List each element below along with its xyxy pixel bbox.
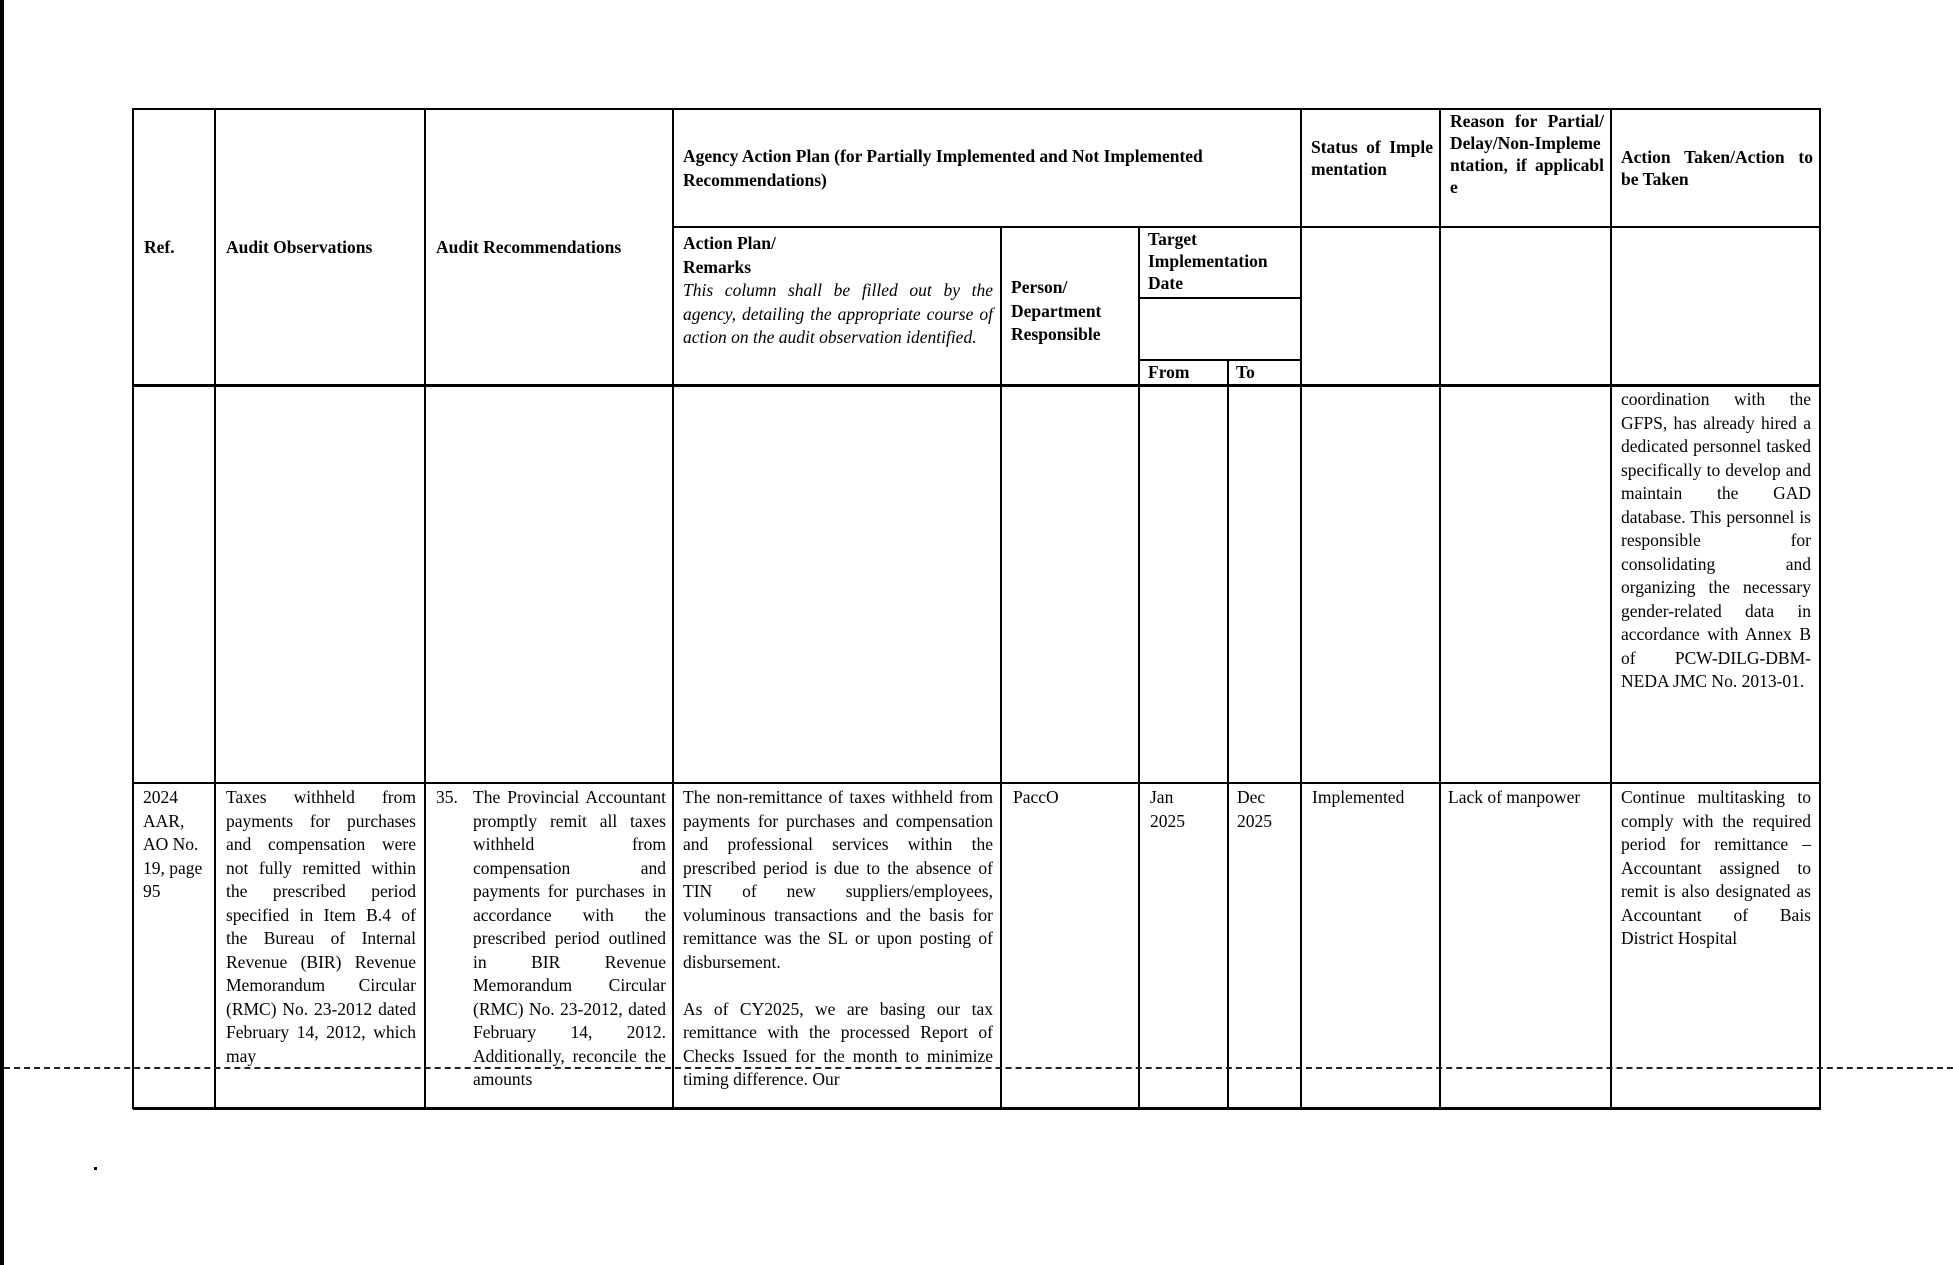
header-status-text: Status of Implementation: [1311, 137, 1433, 179]
page-break-line: [4, 1067, 1953, 1069]
col-line-4: [1000, 226, 1002, 1109]
header-audit-recommendations: Audit Recommendations: [436, 236, 668, 260]
table-border-bottom: [133, 1107, 1821, 1110]
row2-audit-observation: Taxes withheld from payments for purchas…: [226, 786, 416, 1068]
header-reason: Reason for Partial/Delay/Non-Implementat…: [1450, 110, 1604, 198]
row2-reason: Lack of manpower: [1448, 786, 1610, 810]
row2-person-responsible: PaccO: [1013, 786, 1133, 810]
header-agency-action-plan: Agency Action Plan (for Partially Implem…: [683, 145, 1293, 192]
row2-recommendation-text: The Provincial Accountant promptly remit…: [473, 786, 666, 1092]
col-line-9: [1610, 108, 1612, 1109]
header-person-responsible: Person/ Department Responsible: [1011, 276, 1133, 347]
row2-from: Jan 2025: [1150, 786, 1210, 833]
row2-audit-recommendation: 35. The Provincial Accountant promptly r…: [436, 786, 666, 1092]
row-divider: [133, 782, 1821, 784]
table-border-right: [1819, 108, 1821, 1109]
header-from: From: [1148, 361, 1223, 385]
row2-action-plan: The non-remittance of taxes withheld fro…: [683, 786, 993, 1092]
row2-action-taken: Continue multitasking to comply with the…: [1621, 786, 1811, 951]
row2-to: Dec 2025: [1237, 786, 1295, 833]
col-line-3: [672, 108, 674, 1109]
col-line-6: [1227, 359, 1229, 1109]
header-action-plan-note: This column shall be filled out by the a…: [683, 279, 993, 350]
header-bottom-line: [133, 384, 1821, 387]
header-audit-observations: Audit Observations: [226, 236, 418, 260]
header-to: To: [1236, 361, 1296, 385]
row2-recommendation-number: 35.: [436, 786, 458, 810]
row1-action-taken: coordination with the GFPS, has already …: [1621, 388, 1811, 694]
row2-status: Implemented: [1312, 786, 1436, 810]
col-line-7: [1300, 108, 1302, 1109]
row2-ref: 2024 AAR, AO No. 19, page 95: [143, 786, 209, 904]
header-ref: Ref.: [144, 236, 210, 260]
row2-action-plan-p1: The non-remittance of taxes withheld fro…: [683, 786, 993, 974]
header-status: Status of Implementation: [1311, 136, 1433, 180]
header-action-plan-line2: Remarks: [683, 256, 993, 280]
scan-speck: [94, 1167, 97, 1170]
target-date-line: [1138, 297, 1301, 299]
header-action-plan: Action Plan/ Remarks This column shall b…: [683, 232, 993, 350]
col-line-2: [424, 108, 426, 1109]
header-target-date: Target Implementation Date: [1148, 228, 1298, 294]
table-border-left: [132, 108, 134, 1109]
scan-edge-bar: [0, 0, 4, 1265]
col-line-8: [1439, 108, 1441, 1109]
col-line-5: [1138, 226, 1140, 1109]
header-action-taken: Action Taken/Action to be Taken: [1621, 146, 1813, 190]
col-line-1: [214, 108, 216, 1109]
header-action-plan-line1: Action Plan/: [683, 232, 993, 256]
row2-action-plan-p2: As of CY2025, we are basing our tax remi…: [683, 998, 993, 1092]
